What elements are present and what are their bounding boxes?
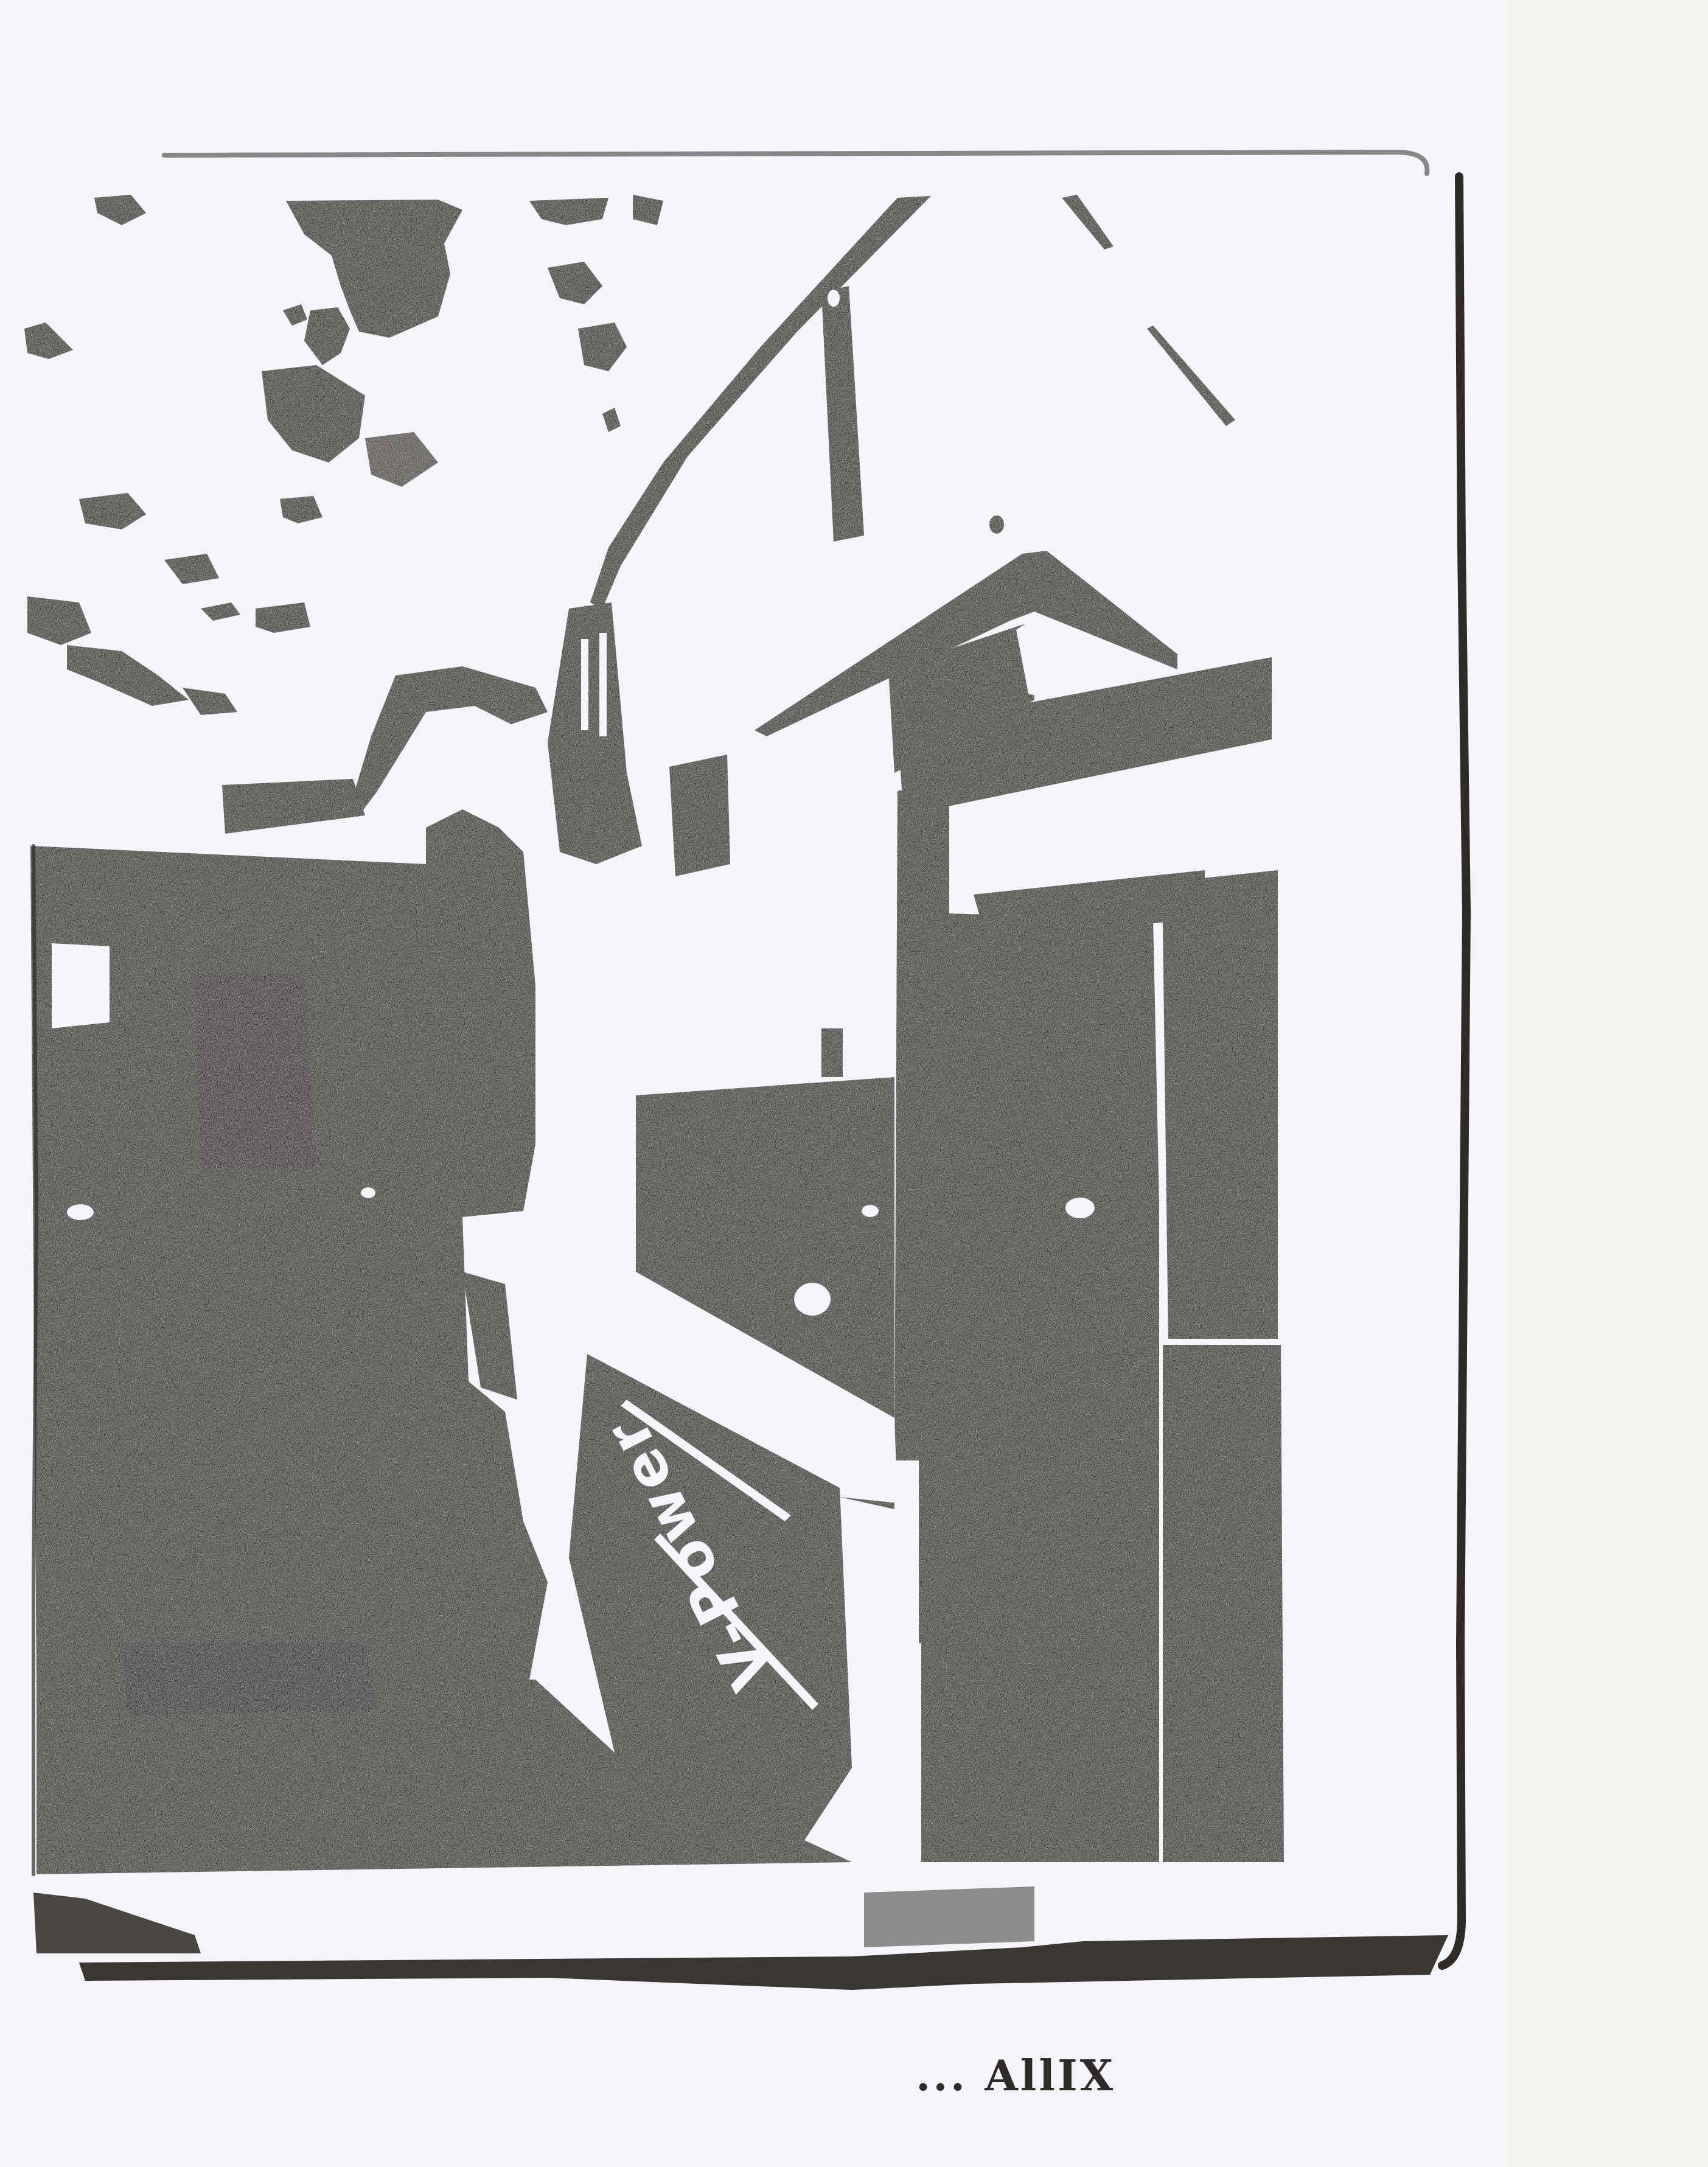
light-spot	[862, 1205, 879, 1217]
chimney	[821, 1028, 843, 1077]
tower-seam	[1159, 925, 1163, 1862]
right-block	[1162, 870, 1278, 1339]
scanner-background	[1508, 0, 1708, 2167]
window-panel	[669, 755, 730, 876]
left-window-gap	[52, 943, 110, 1028]
shadow-band	[195, 974, 316, 1168]
white-figure-edge	[523, 1211, 548, 1375]
artist-signature: ... AllIX	[916, 2050, 1115, 2101]
light-spot	[1065, 1198, 1095, 1218]
ink-dot	[989, 515, 1004, 534]
light-spot	[67, 1204, 94, 1220]
post-hole	[828, 290, 840, 307]
scanned-print: V-Power ... AllIX	[0, 0, 1708, 2167]
light-spot	[361, 1187, 375, 1198]
ground-shadow	[122, 1643, 377, 1716]
tower-slot	[581, 639, 588, 730]
tower-slot	[599, 633, 607, 736]
pole-gap	[913, 1643, 921, 1862]
light-spot	[794, 1283, 831, 1316]
roller-drag	[864, 1886, 1034, 1947]
